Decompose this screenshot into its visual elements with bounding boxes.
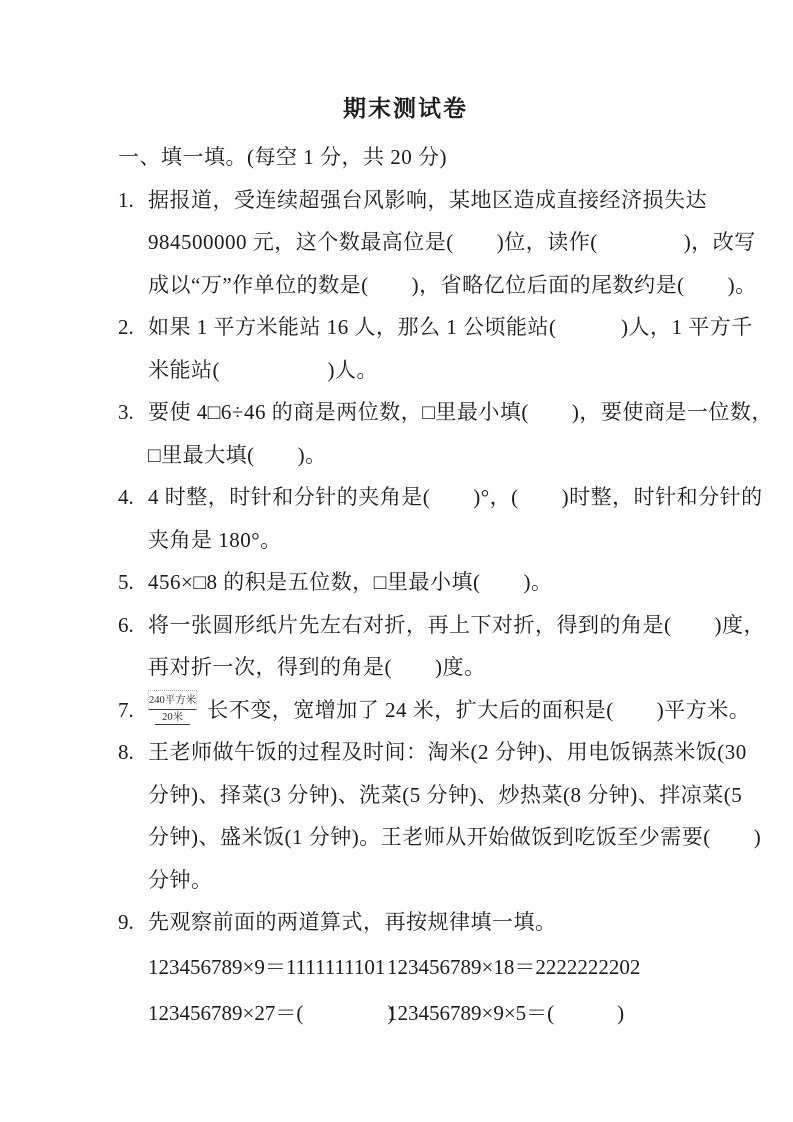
test-paper-page: 期末测试卷 一、填一填。(每空 1 分，共 20 分) 1. 据报道，受连续超强… — [0, 0, 793, 1122]
question-line: 如果 1 平方米能站 16 人，那么 1 公顷能站( )人，1 平方千 — [148, 306, 753, 349]
question-line: 王老师做午饭的过程及时间：淘米(2 分钟)、用电饭锅蒸米饭(30 — [148, 731, 747, 774]
equation: 123456789×18＝2222222202 — [387, 944, 693, 990]
question-number: 9. — [118, 901, 148, 944]
question-7: 7. 240平方米 20米 长不变，宽增加了 24 米，扩大后的面积是( )平方… — [118, 689, 693, 732]
question-line: 分钟)、择菜(3 分钟)、洗菜(5 分钟)、炒热菜(8 分钟)、拌凉菜(5 — [118, 774, 693, 817]
question-1: 1. 据报道，受连续超强台风影响，某地区造成直接经济损失达 984500000 … — [118, 179, 693, 307]
question-number: 5. — [118, 561, 148, 604]
question-number: 6. — [118, 604, 148, 647]
question-line: 成以“万”作单位的数是( )，省略亿位后面的尾数约是( )。 — [118, 264, 693, 307]
question-3: 3. 要使 4□6÷46 的商是两位数，□里最小填( )，要使商是一位数， □里… — [118, 391, 693, 476]
figure-area-label: 240平方米 — [148, 690, 197, 710]
question-number: 8. — [118, 731, 148, 774]
question-line: 984500000 元，这个数最高位是( )位，读作( )，改写 — [118, 221, 693, 264]
question-line: 米能站( )人。 — [118, 349, 693, 392]
question-line: 将一张圆形纸片先左右对折，再上下对折，得到的角是( )度， — [148, 604, 765, 647]
rectangle-figure: 240平方米 20米 — [148, 690, 197, 725]
question-6: 6. 将一张圆形纸片先左右对折，再上下对折，得到的角是( )度， 再对折一次，得… — [118, 604, 693, 689]
equation-row: 123456789×9＝1111111101 123456789×18＝2222… — [118, 944, 693, 990]
question-line: 456×□8 的积是五位数，□里最小填( )。 — [148, 561, 552, 604]
question-number: 3. — [118, 391, 148, 434]
equation: 123456789×27＝( ) — [148, 990, 387, 1036]
equation-row: 123456789×27＝( ) 123456789×9×5＝( ) — [118, 990, 693, 1036]
question-line: 再对折一次，得到的角是( )度。 — [118, 646, 693, 689]
equation: 123456789×9＝1111111101 — [148, 944, 387, 990]
question-line: 4 时整，时针和分针的夹角是( )°，( )时整，时针和分针的 — [148, 476, 763, 519]
question-4: 4. 4 时整，时针和分针的夹角是( )°，( )时整，时针和分针的 夹角是 1… — [118, 476, 693, 561]
question-number: 2. — [118, 306, 148, 349]
question-line: 分钟。 — [118, 859, 693, 902]
question-number: 4. — [118, 476, 148, 519]
question-number: 1. — [118, 179, 148, 222]
equation: 123456789×9×5＝( ) — [387, 990, 693, 1036]
question-number: 7. — [118, 689, 148, 732]
figure-width-label: 20米 — [155, 710, 189, 725]
paper-content: 期末测试卷 一、填一填。(每空 1 分，共 20 分) 1. 据报道，受连续超强… — [0, 0, 793, 1036]
question-line: 分钟)、盛米饭(1 分钟)。王老师从开始做饭到吃饭至少需要( ) — [118, 816, 693, 859]
page-title: 期末测试卷 — [118, 88, 693, 130]
question-line: 夹角是 180°。 — [118, 519, 693, 562]
question-line: 要使 4□6÷46 的商是两位数，□里最小填( )，要使商是一位数， — [148, 391, 773, 434]
question-5: 5. 456×□8 的积是五位数，□里最小填( )。 — [118, 561, 693, 604]
question-line: 长不变，宽增加了 24 米，扩大后的面积是( )平方米。 — [207, 689, 750, 732]
question-9: 9. 先观察前面的两道算式，再按规律填一填。 123456789×9＝11111… — [118, 901, 693, 1036]
question-line: 先观察前面的两道算式，再按规律填一填。 — [148, 901, 557, 944]
section-heading: 一、填一填。(每空 1 分，共 20 分) — [118, 136, 693, 179]
question-8: 8. 王老师做午饭的过程及时间：淘米(2 分钟)、用电饭锅蒸米饭(30 分钟)、… — [118, 731, 693, 901]
question-line: □里最大填( )。 — [118, 434, 693, 477]
question-line: 据报道，受连续超强台风影响，某地区造成直接经济损失达 — [148, 179, 707, 222]
question-2: 2. 如果 1 平方米能站 16 人，那么 1 公顷能站( )人，1 平方千 米… — [118, 306, 693, 391]
